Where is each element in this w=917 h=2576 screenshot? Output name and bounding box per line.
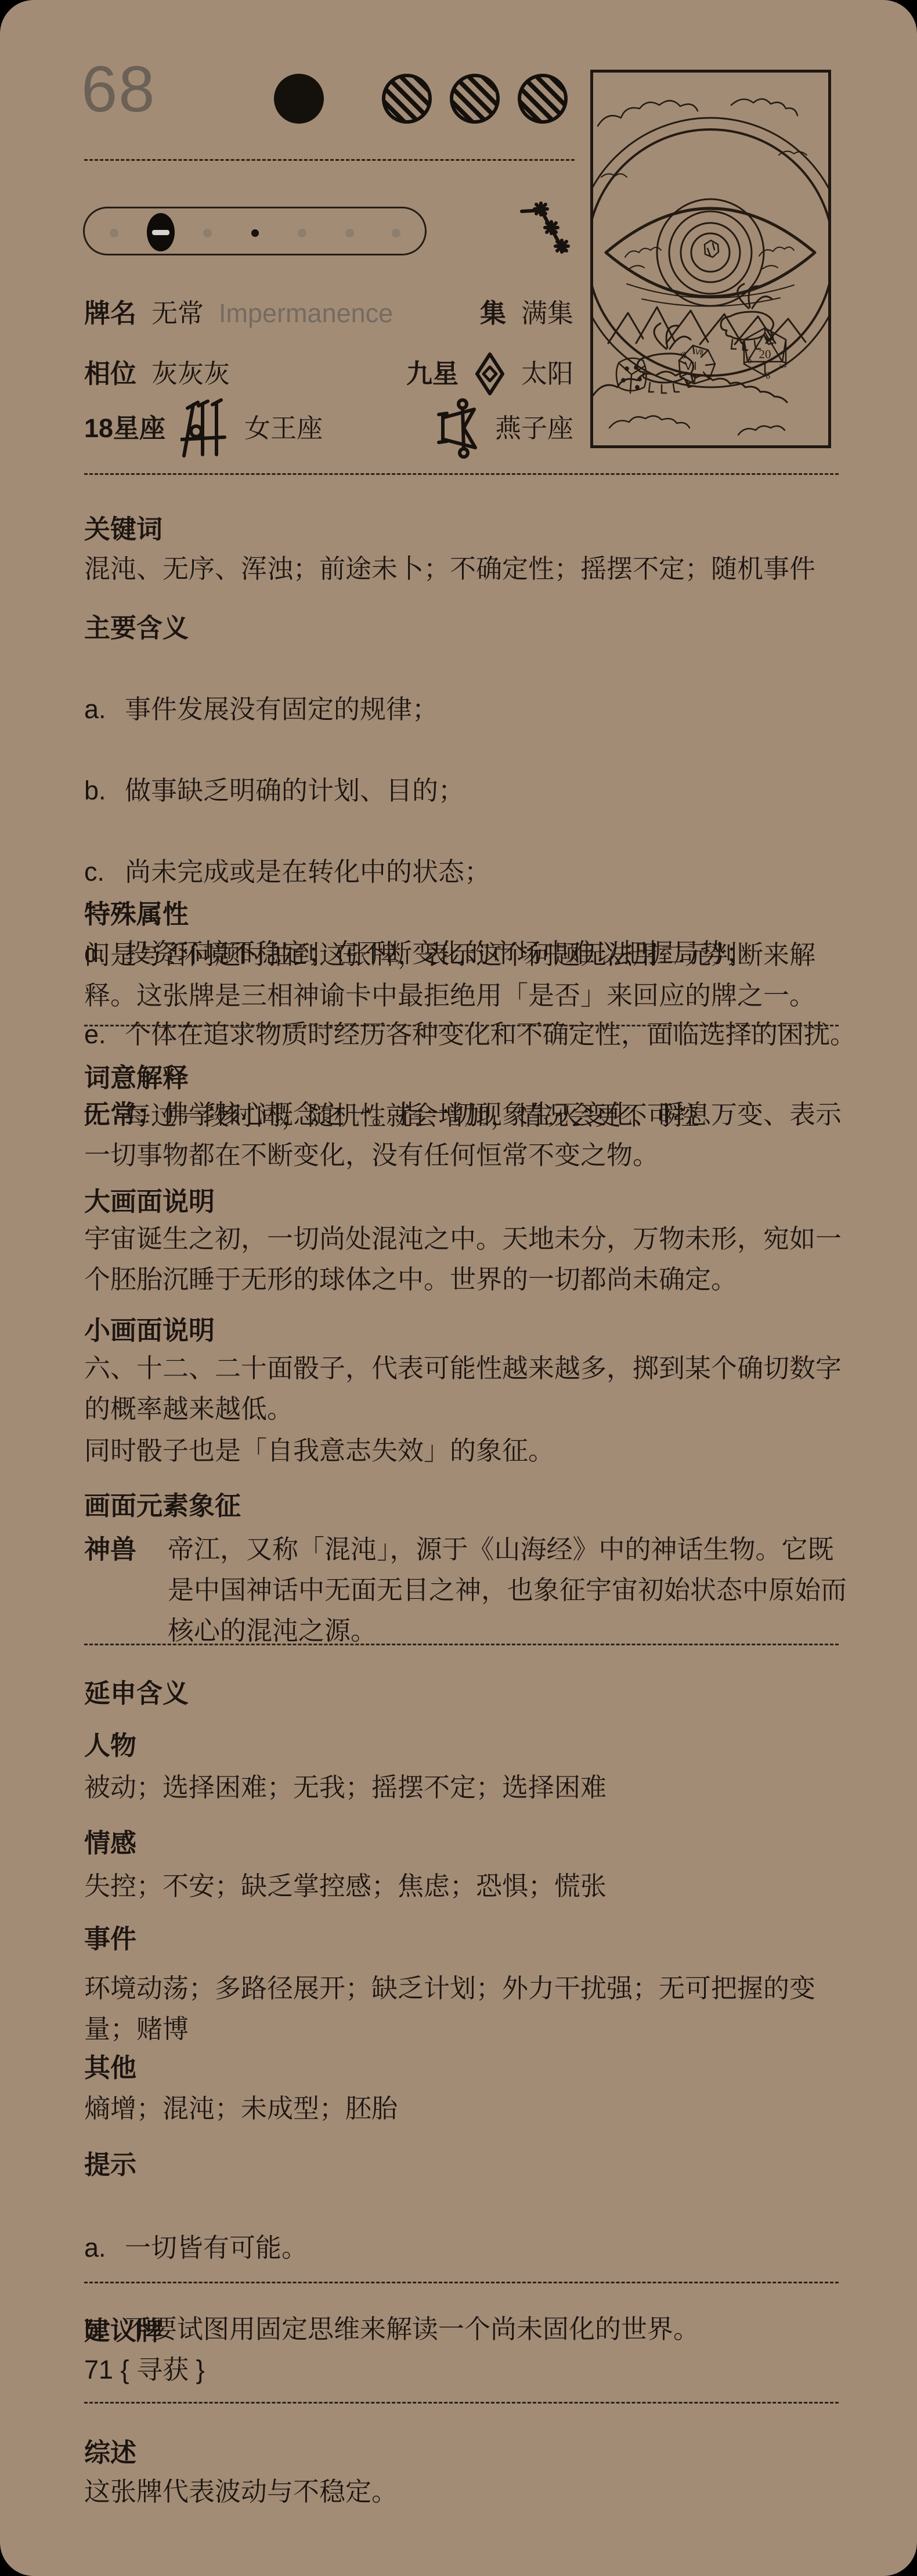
small-picture-p2: 同时骰子也是「自我意志失效」的象征。: [84, 1431, 861, 1471]
nested-diamond-icon: [474, 351, 506, 397]
symbols-text: 帝江，又称「混沌」，源于《山海经》中的神话生物。它既 是中国神话中无面无目之神，…: [168, 1529, 847, 1651]
phase-label: 相位: [84, 359, 136, 389]
info-row-phase: 相位 灰灰灰 九星 太阳: [84, 359, 573, 389]
zodiac18-label: 18星座: [84, 413, 165, 444]
symbols-title: 画面元素象征: [84, 1486, 861, 1526]
people-title: 人物: [84, 1725, 861, 1766]
symbols-row: 神兽 帝江，又称「混沌」，源于《山海经》中的神话生物。它既 是中国神话中无面无目…: [84, 1529, 861, 1651]
extended-title: 延申含义: [84, 1673, 861, 1714]
constellation-line-icon: [519, 199, 572, 259]
dashed-divider: [84, 159, 575, 161]
dashed-divider: [84, 2282, 839, 2283]
nine-star-value: 太阳: [521, 359, 573, 389]
slider-dot[interactable]: [298, 229, 306, 237]
event-title: 事件: [84, 1919, 861, 1959]
list-marker: a.: [84, 2228, 125, 2268]
symbols-term: 神兽: [84, 1529, 168, 1651]
list-marker: b.: [84, 770, 125, 811]
name-value-en: Impermanence: [219, 298, 393, 329]
chaos-eye-card-art: 20 6. 3 8 Ⅶ Ⅲ Ⅶ: [593, 73, 828, 445]
swallow-constellation-icon: [437, 398, 480, 459]
suggestion-title: 建议牌: [84, 2311, 861, 2351]
tips-title: 提示: [84, 2145, 861, 2185]
list-item: e.个体在追求物质时经历各种变化和不确定性，面临选择的困扰。: [84, 1014, 861, 1055]
suggestion-text[interactable]: 71 { 寻获 }: [84, 2350, 861, 2390]
set-value: 满集: [521, 298, 573, 329]
list-text: 尚未完成或是在转化中的状态；: [125, 852, 490, 892]
dashed-divider: [84, 1644, 839, 1645]
set-label: 集: [480, 298, 506, 329]
dashed-divider: [84, 1025, 839, 1026]
svg-text:Ⅶ: Ⅶ: [694, 347, 704, 357]
d20-label: 20: [759, 347, 771, 361]
big-picture-text: 宇宙诞生之初，一切尚处混沌之中。天地未分，万物未形，宛如一 个胚胎沉睡于无形的球…: [84, 1219, 861, 1300]
dashed-divider: [84, 2402, 839, 2404]
dashed-divider: [84, 473, 839, 475]
phase-slider[interactable]: [83, 207, 427, 255]
big-picture-title: 大画面说明: [84, 1181, 861, 1222]
word-meaning-title: 词意解释: [84, 1058, 861, 1098]
list-item: a.一切皆有可能。: [84, 2228, 861, 2268]
name-value: 无常: [151, 298, 204, 329]
card-illustration: 20 6. 3 8 Ⅶ Ⅲ Ⅶ: [590, 70, 831, 448]
rarity-dot-hatched-icon: [518, 74, 568, 124]
svg-text:Ⅶ: Ⅶ: [684, 361, 696, 373]
info-row-zodiac: 18星座 女王座: [84, 413, 573, 444]
emotion-title: 情感: [84, 1823, 861, 1864]
keywords-text: 混沌、无序、浑浊；前途未卜；不确定性；摇摆不定；随机事件: [84, 549, 861, 589]
phase-value: 灰灰灰: [151, 359, 230, 389]
swallow-value: 燕子座: [495, 413, 573, 444]
rarity-dot-hatched-icon: [450, 74, 500, 124]
slider-zero-dot[interactable]: [251, 229, 259, 237]
special-title: 特殊属性: [84, 894, 861, 935]
minus-icon: [152, 230, 169, 235]
rarity-dot-hatched-icon: [382, 74, 432, 124]
slider-dot[interactable]: [392, 229, 400, 237]
list-marker: e.: [84, 1014, 125, 1055]
slider-dot[interactable]: [203, 229, 212, 237]
list-text: 事件发展没有固定的规律；: [125, 689, 438, 730]
small-picture-p1: 六、十二、二十面骰子，代表可能性越来越多，掷到某个确切数字 的概率越来越低。: [84, 1348, 861, 1429]
list-text: 个体在追求物质时经历各种变化和不确定性，面临选择的困扰。: [125, 1014, 856, 1055]
people-text: 被动；选择困难；无我；摇摆不定；选择困难: [84, 1767, 861, 1808]
list-text: 一切皆有可能。: [125, 2228, 308, 2268]
other-title: 其他: [84, 2048, 861, 2088]
word-meaning-body: 佛学核心概念之一。指一切现象生灭变化、瞬息万变、表示 一切事物都在不断变化，没有…: [84, 1100, 842, 1170]
list-item: b.做事缺乏明确的计划、目的；: [84, 770, 861, 811]
slider-handle[interactable]: [147, 213, 175, 251]
info-row-name: 牌名 无常 Impermanence 集 满集: [84, 298, 573, 329]
event-text: 环境动荡；多路径展开；缺乏计划；外力干扰强；无可把握的变 量；赌博: [84, 1968, 861, 2049]
svg-text:6.: 6.: [745, 354, 755, 366]
list-marker: a.: [84, 689, 125, 730]
emotion-text: 失控；不安；缺乏掌控感；焦虑；恐惧；慌张: [84, 1866, 861, 1907]
list-marker: c.: [84, 852, 125, 892]
zodiac18-value: 女王座: [244, 413, 323, 444]
summary-text: 这张牌代表波动与不稳定。: [84, 2471, 861, 2512]
rarity-dot-solid-icon: [274, 74, 324, 124]
slider-dot[interactable]: [110, 229, 118, 237]
word-meaning-text: 无常：佛学核心概念之一。指一切现象生灭变化、瞬息万变、表示 一切事物都在不断变化…: [84, 1094, 861, 1176]
list-item: a.事件发展没有固定的规律；: [84, 689, 861, 730]
other-text: 熵增；混沌；未成型；胚胎: [84, 2088, 861, 2129]
word-meaning-term: 无常：: [84, 1100, 163, 1129]
list-text: 做事缺乏明确的计划、目的；: [125, 770, 464, 811]
main-meanings-title: 主要含义: [84, 608, 861, 648]
summary-title: 综述: [84, 2433, 861, 2473]
queen-constellation-icon: [180, 398, 229, 459]
nine-star-label: 九星: [406, 359, 458, 389]
list-item: c.尚未完成或是在转化中的状态；: [84, 852, 861, 892]
card-number: 68: [81, 57, 156, 122]
slider-dot[interactable]: [345, 229, 354, 237]
card-detail-page: 68: [0, 0, 917, 2576]
svg-text:3: 3: [777, 362, 789, 369]
svg-text:8: 8: [764, 369, 771, 381]
name-label: 牌名: [84, 298, 136, 329]
keywords-title: 关键词: [84, 509, 861, 550]
small-picture-title: 小画面说明: [84, 1310, 861, 1351]
special-text: 问是与否问题时抽到这张牌，表示这个问题无法用二元判断来解 释。这张牌是三相神谕卡…: [84, 935, 861, 1016]
